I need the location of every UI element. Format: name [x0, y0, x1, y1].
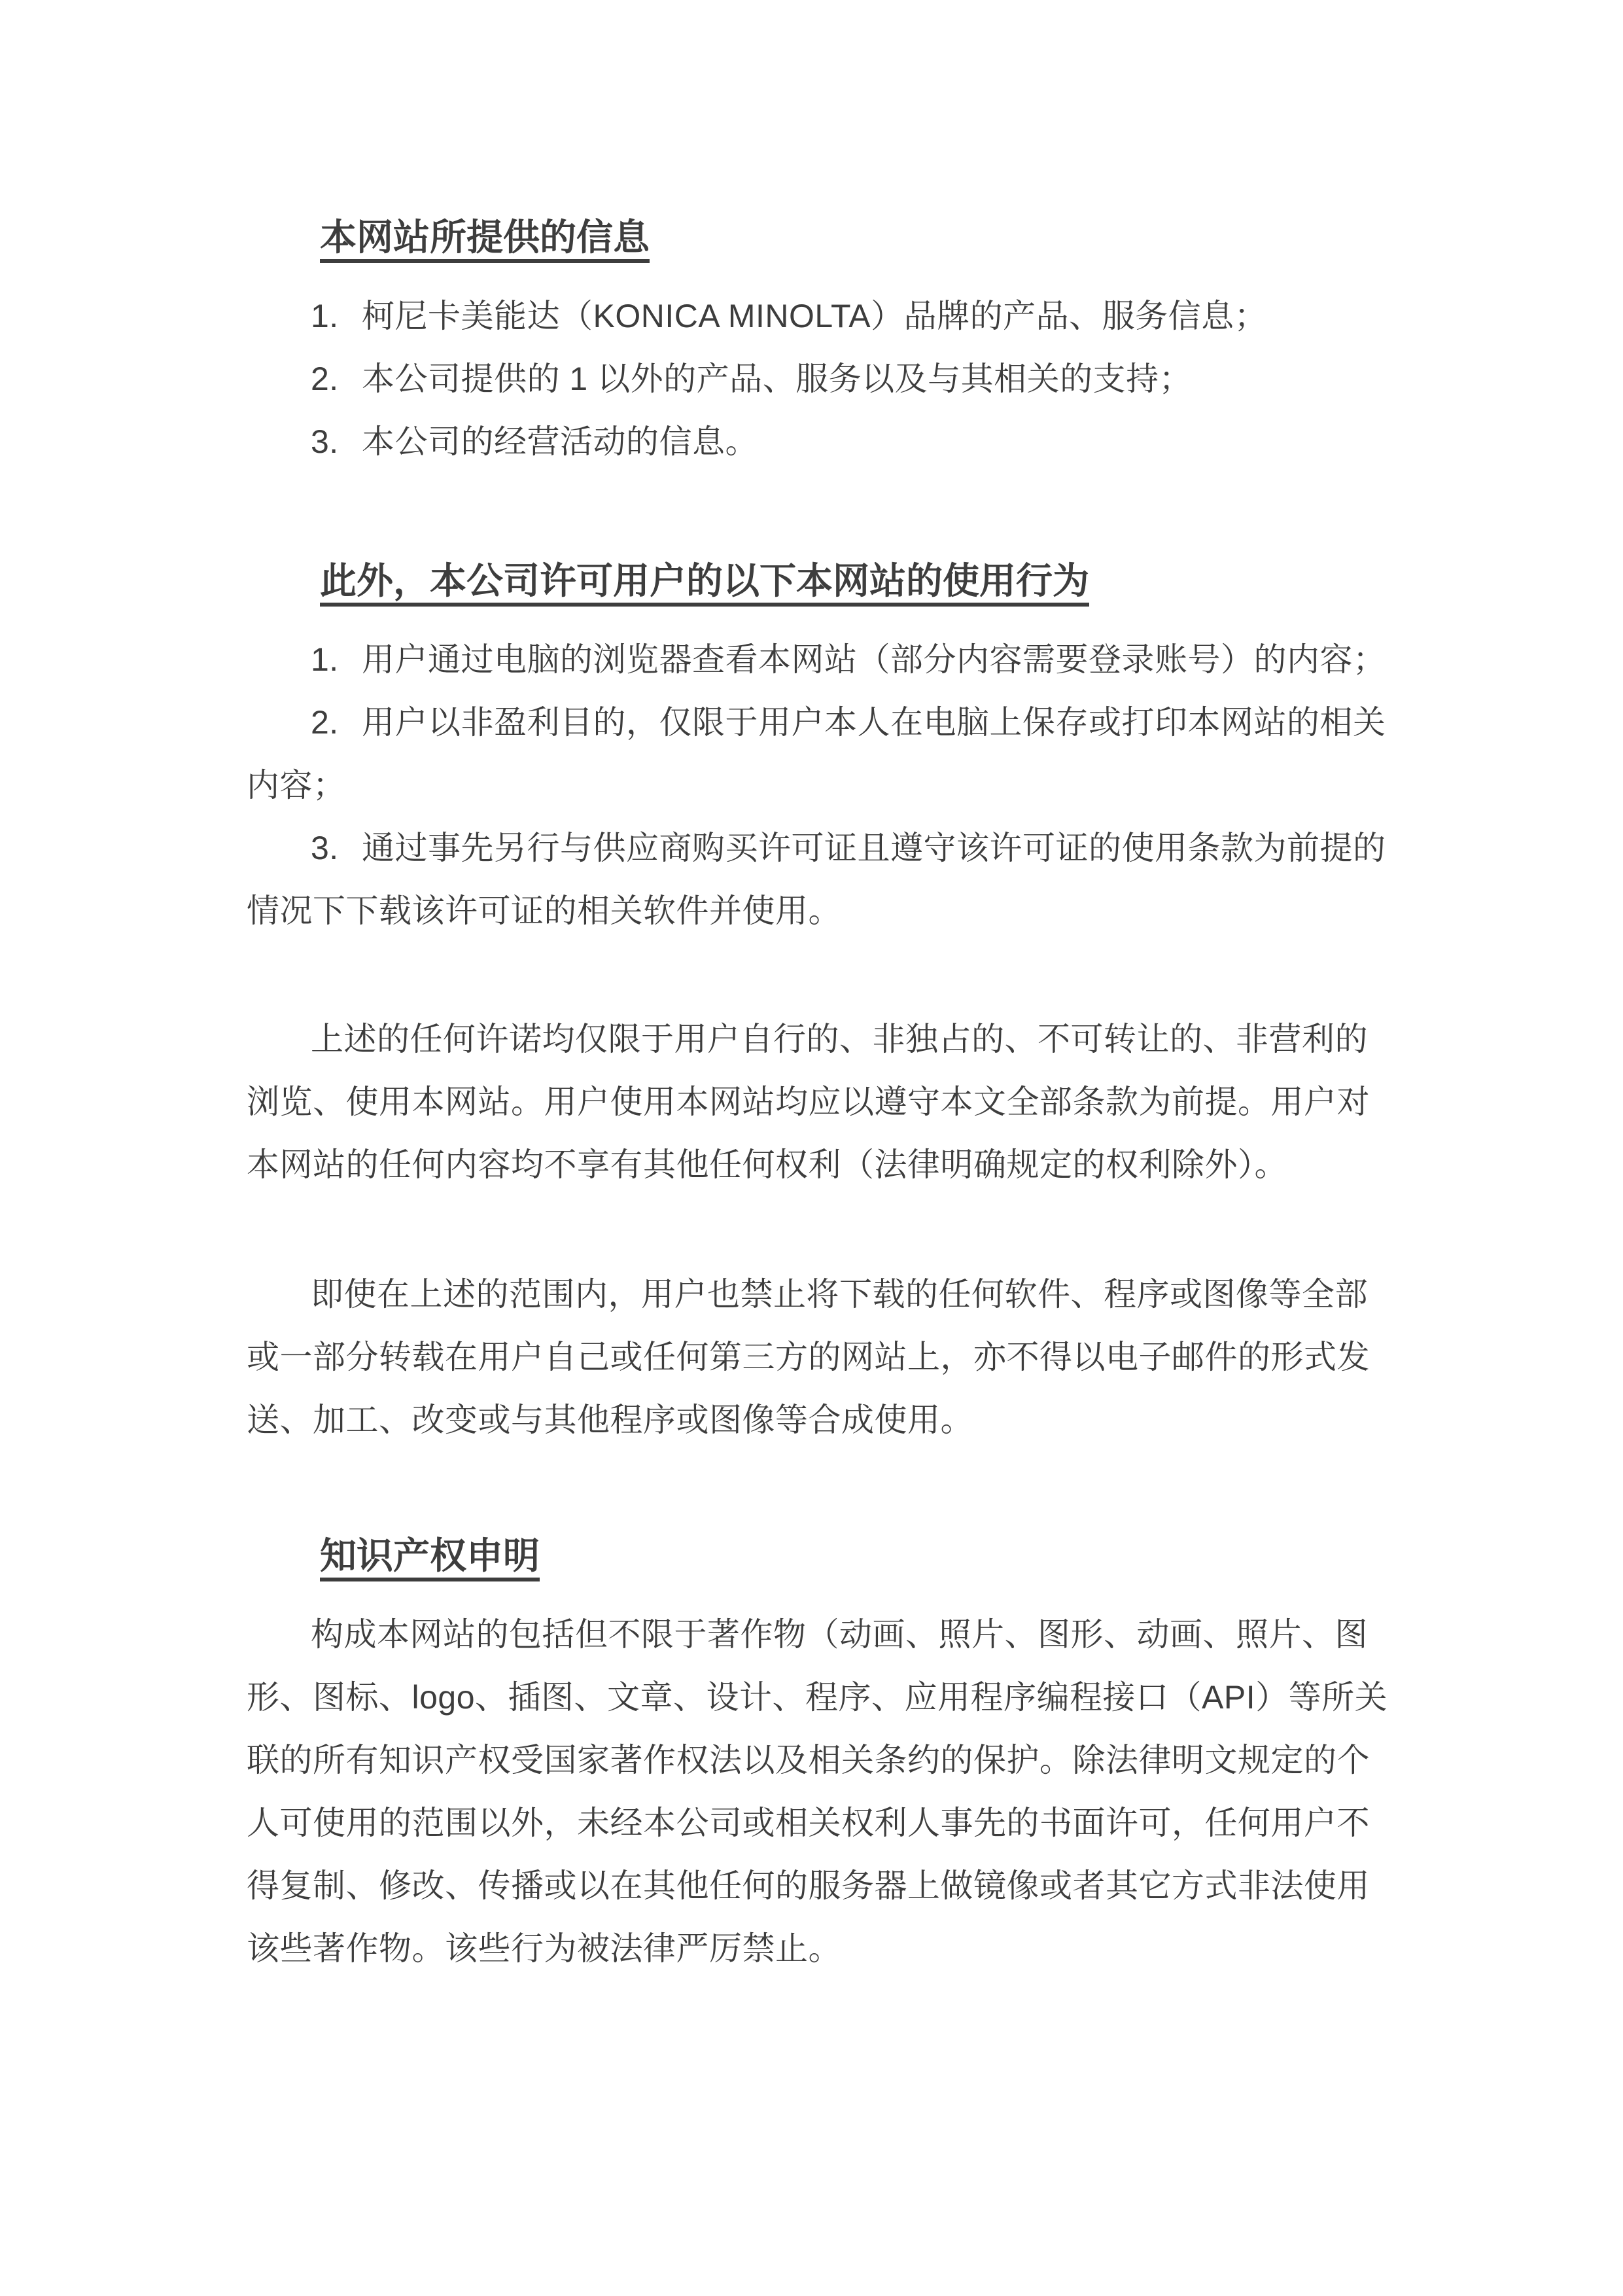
paragraph-line: 人可使用的范围以外，未经本公司或相关权利人事先的书面许可，任何用户不 [247, 1792, 1398, 1854]
section-2-heading: 此外，本公司许可用户的以下本网站的使用行为 [247, 542, 1398, 620]
paragraph-line: 构成本网站的包括但不限于著作物（动画、照片、图形、动画、照片、图 [247, 1603, 1398, 1666]
document-content: 本网站所提供的信息 1. 柯尼卡美能达（KONICA MINOLTA）品牌的产品… [247, 0, 1398, 1980]
paragraph: 构成本网站的包括但不限于著作物（动画、照片、图形、动画、照片、图 形、图标、lo… [247, 1603, 1398, 1980]
list-item: 2. 本公司提供的 1 以外的产品、服务以及与其相关的支持； [247, 347, 1398, 410]
section-1-list: 1. 柯尼卡美能达（KONICA MINOLTA）品牌的产品、服务信息； 2. … [247, 285, 1398, 473]
section-3-heading: 知识产权申明 [247, 1517, 1398, 1595]
paragraph-line: 该些著作物。该些行为被法律严厉禁止。 [247, 1917, 1398, 1980]
list-item-continuation: 情况下下载该许可证的相关软件并使用。 [247, 879, 1398, 942]
paragraph: 即使在上述的范围内，用户也禁止将下载的任何软件、程序或图像等全部 或一部分转载在… [247, 1263, 1398, 1451]
list-item-number: 3. [311, 817, 339, 879]
list-item: 2. 用户以非盈利目的，仅限于用户本人在电脑上保存或打印本网站的相关 [247, 691, 1398, 754]
list-item-text: 用户通过电脑的浏览器查看本网站（部分内容需要登录账号）的内容； [362, 641, 1386, 678]
list-item-number: 1. [311, 285, 339, 347]
section-2-heading-text: 此外，本公司许可用户的以下本网站的使用行为 [320, 560, 1089, 601]
list-item: 3. 通过事先另行与供应商购买许可证且遵守该许可证的使用条款为前提的 [247, 817, 1398, 879]
list-item-text: 通过事先另行与供应商购买许可证且遵守该许可证的使用条款为前提的 [362, 830, 1386, 866]
paragraph-line: 送、加工、改变或与其他程序或图像等合成使用。 [247, 1388, 1398, 1451]
paragraph-line: 得复制、修改、传播或以在其他任何的服务器上做镜像或者其它方式非法使用 [247, 1854, 1398, 1917]
section-1-heading-text: 本网站所提供的信息 [320, 217, 650, 258]
paragraph-line: 联的所有知识产权受国家著作权法以及相关条约的保护。除法律明文规定的个 [247, 1729, 1398, 1792]
section-1-heading: 本网站所提供的信息 [247, 198, 1398, 277]
list-item-number: 1. [311, 628, 339, 691]
list-item-number: 2. [311, 347, 339, 410]
paragraph-line: 上述的任何许诺均仅限于用户自行的、非独占的、不可转让的、非营利的 [247, 1008, 1398, 1070]
section-2-list: 1. 用户通过电脑的浏览器查看本网站（部分内容需要登录账号）的内容； 2. 用户… [247, 628, 1398, 942]
list-item-text: 本公司的经营活动的信息。 [362, 423, 758, 460]
list-item: 1. 柯尼卡美能达（KONICA MINOLTA）品牌的产品、服务信息； [247, 285, 1398, 347]
list-item-continuation: 内容； [247, 754, 1398, 817]
list-item-text: 柯尼卡美能达（KONICA MINOLTA）品牌的产品、服务信息； [362, 298, 1267, 334]
document-page: 本网站所提供的信息 1. 柯尼卡美能达（KONICA MINOLTA）品牌的产品… [0, 0, 1623, 2296]
paragraph-line: 即使在上述的范围内，用户也禁止将下载的任何软件、程序或图像等全部 [247, 1263, 1398, 1326]
list-item: 3. 本公司的经营活动的信息。 [247, 410, 1398, 473]
paragraph-line: 浏览、使用本网站。用户使用本网站均应以遵守本文全部条款为前提。用户对 [247, 1070, 1398, 1133]
paragraph-line: 本网站的任何内容均不享有其他任何权利（法律明确规定的权利除外）。 [247, 1133, 1398, 1196]
list-item-number: 2. [311, 691, 339, 754]
list-item: 1. 用户通过电脑的浏览器查看本网站（部分内容需要登录账号）的内容； [247, 628, 1398, 691]
section-3-heading-text: 知识产权申明 [320, 1535, 540, 1576]
list-item-text: 本公司提供的 1 以外的产品、服务以及与其相关的支持； [362, 361, 1192, 397]
paragraph-line: 或一部分转载在用户自己或任何第三方的网站上，亦不得以电子邮件的形式发 [247, 1326, 1398, 1388]
paragraph-line: 形、图标、logo、插图、文章、设计、程序、应用程序编程接口（API）等所关 [247, 1666, 1398, 1729]
list-item-text: 用户以非盈利目的，仅限于用户本人在电脑上保存或打印本网站的相关 [362, 704, 1386, 741]
list-item-number: 3. [311, 410, 339, 473]
paragraph: 上述的任何许诺均仅限于用户自行的、非独占的、不可转让的、非营利的 浏览、使用本网… [247, 1008, 1398, 1196]
